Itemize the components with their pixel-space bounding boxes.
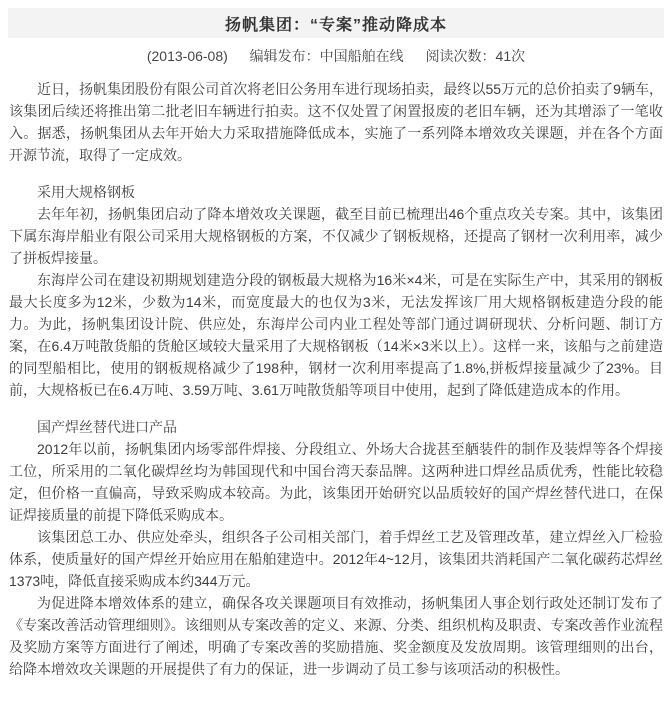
article-title-bar: 扬帆集团：“专案”推动降成本 — [8, 8, 664, 38]
article-paragraph: 为促进降本增效体系的建立，确保各攻关课题项目有效推动，扬帆集团人事企划行政处还制… — [9, 592, 663, 680]
section-heading: 采用大规格钢板 — [9, 181, 663, 203]
article-paragraph: 该集团总工办、供应处牵头，组织各子公司相关部门，着手焊丝工艺及管理改革，建立焊丝… — [9, 526, 663, 592]
article-meta-line: (2013-06-08) 编辑发布：中国船舶在线 阅读次数：41次 — [0, 45, 672, 67]
article-paragraph: 近日，扬帆集团股份有限公司首次将老旧公务用车进行现场拍卖，最终以55万元的总价拍… — [9, 78, 663, 166]
publisher-info: 编辑发布：中国船舶在线 — [250, 48, 404, 64]
section-heading: 国产焊丝替代进口产品 — [9, 416, 663, 438]
article-paragraph: 东海岸公司在建设初期规划建造分段的钢板最大规格为16米×4米，可是在实际生产中，… — [9, 269, 663, 401]
page-title: 扬帆集团：“专案”推动降成本 — [225, 12, 447, 35]
article-paragraph: 去年年初，扬帆集团启动了降本增效攻关课题，截至目前已梳理出46个重点攻关专案。其… — [9, 203, 663, 269]
read-count: 阅读次数：41次 — [426, 48, 526, 64]
article-paragraph: 2012年以前，扬帆集团内场零部件焊接、分段组立、外场大合拢甚至舾装件的制作及装… — [9, 438, 663, 526]
article-body: 近日，扬帆集团股份有限公司首次将老旧公务用车进行现场拍卖，最终以55万元的总价拍… — [0, 67, 672, 680]
article-page: 扬帆集团：“专案”推动降成本 (2013-06-08) 编辑发布：中国船舶在线 … — [0, 8, 672, 702]
publish-date: (2013-06-08) — [147, 48, 228, 64]
